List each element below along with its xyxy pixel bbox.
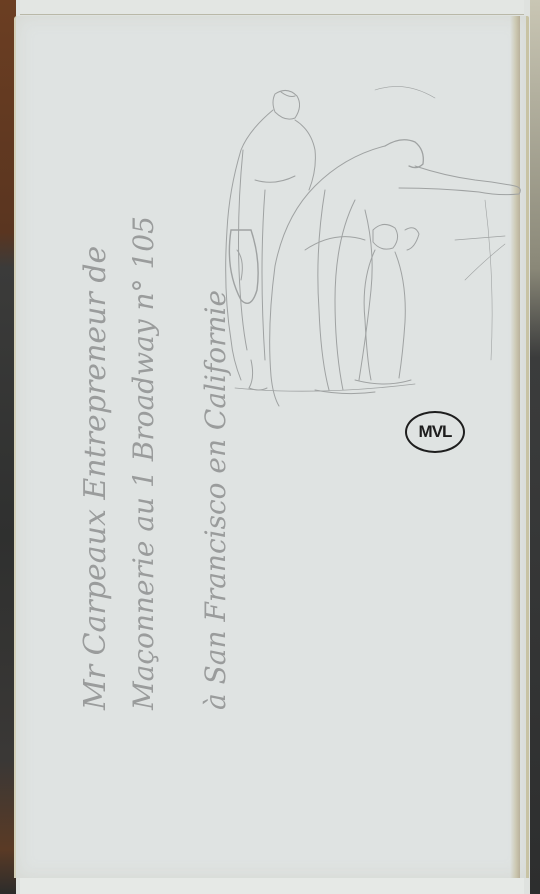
inscription-line-1: Mr Carpeaux Entrepreneur de — [78, 246, 113, 711]
standing-woman-figure — [226, 90, 316, 390]
child-figure — [355, 224, 419, 384]
stamp-text: MVL — [419, 422, 452, 442]
page-edge-top — [20, 0, 524, 15]
inscription-line-2: Maçonnerie au 1 Broadway n° 105 — [127, 216, 160, 711]
bending-woman-figure — [270, 140, 521, 406]
collection-stamp: MVL — [405, 411, 465, 453]
page-edge-bottom — [20, 876, 524, 894]
pencil-sketch-figures — [215, 80, 525, 420]
